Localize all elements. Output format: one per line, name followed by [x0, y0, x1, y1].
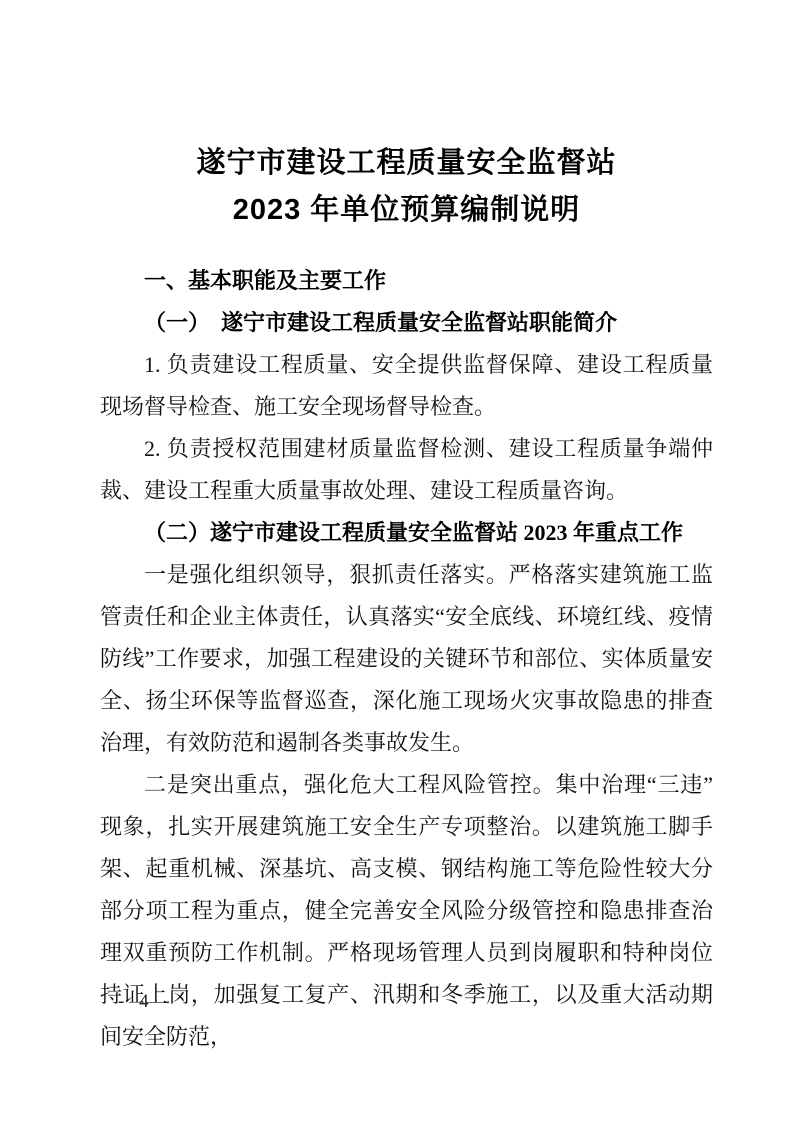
- paragraph-duty-2: 2. 负责授权范围建材质量监督检测、建设工程质量争端仲裁、建设工程重大质量事故处…: [100, 428, 713, 512]
- document-page: 遂宁市建设工程质量安全监督站 2023 年单位预算编制说明 一、基本职能及主要工…: [0, 0, 793, 1122]
- document-title: 遂宁市建设工程质量安全监督站 2023 年单位预算编制说明: [100, 140, 713, 234]
- heading-section-2-key-work-2023: （二）遂宁市建设工程质量安全监督站 2023 年重点工作: [100, 512, 713, 554]
- paragraph-keywork-1: 一是强化组织领导，狠抓责任落实。严格落实建筑施工监管责任和企业主体责任，认真落实…: [100, 554, 713, 764]
- paragraph-keywork-2: 二是突出重点，强化危大工程风险管控。集中治理“三违”现象，扎实开展建筑施工安全生…: [100, 764, 713, 1058]
- heading-basic-functions: 一、基本职能及主要工作: [100, 260, 713, 302]
- heading-section-1-functions-intro: （一） 遂宁市建设工程质量安全监督站职能简介: [100, 302, 713, 344]
- paragraph-duty-1: 1. 负责建设工程质量、安全提供监督保障、建设工程质量现场督导检查、施工安全现场…: [100, 344, 713, 428]
- footer-page-number: - 4 -: [118, 991, 175, 1013]
- document-title-line-2: 2023 年单位预算编制说明: [100, 187, 713, 234]
- document-title-line-1: 遂宁市建设工程质量安全监督站: [100, 140, 713, 187]
